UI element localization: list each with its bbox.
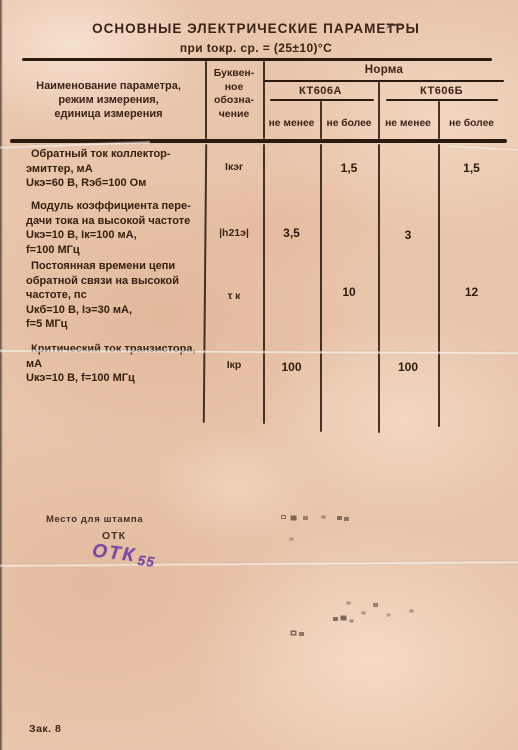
param-line: Модуль коэффициента пере- <box>26 199 204 214</box>
param-line: Uкэ=60 В, Rэб=100 Ом <box>26 176 204 191</box>
param-line: частоте, пс <box>26 288 204 303</box>
table-vline <box>263 144 265 424</box>
scanned-datasheet-page: ОСНОВНЫЕ ЭЛЕКТРИЧЕСКИЕ ПАРАМЕТРЫ при tок… <box>0 0 518 750</box>
param-line: f=100 МГц <box>26 243 204 258</box>
page-title: ОСНОВНЫЕ ЭЛЕКТРИЧЕСКИЕ ПАРАМЕТРЫ <box>0 21 512 36</box>
row-value: 10 <box>320 285 378 299</box>
row-symbol: τ к <box>205 290 263 302</box>
table-top-rule <box>22 58 492 61</box>
column-header-kt606a: КТ606А <box>263 85 378 97</box>
norma-underline <box>264 80 504 82</box>
header-line: единица измерения <box>12 107 205 121</box>
stamp-number: 55 <box>137 552 156 570</box>
row-symbol: Iкэr <box>205 161 263 173</box>
row-value: 1,5 <box>438 161 505 175</box>
param-line: эмиттер, мА <box>26 162 204 177</box>
scan-edge-shadow <box>0 0 3 750</box>
column-header-norma: Норма <box>263 64 505 76</box>
row-value: 12 <box>438 285 505 299</box>
row-value: 100 <box>378 360 438 374</box>
table-vline <box>378 144 380 433</box>
order-number: Зак. 8 <box>29 723 61 735</box>
param-line: Uкб=10 В, Iэ=30 мА, <box>26 303 204 318</box>
kt606b-underline <box>386 99 498 101</box>
param-line: Uкэ=10 В, f=100 МГц <box>26 371 204 386</box>
row-value: 100 <box>263 360 320 374</box>
table-row-param: Критический ток транзистора, мА Uкэ=10 В… <box>26 342 204 386</box>
stamp-place-label: Место для штампа <box>46 514 143 525</box>
subheader-a-max: не более <box>320 118 378 129</box>
stamp-word: ОТК <box>91 540 137 566</box>
subheader-a-min: не менее <box>263 118 320 129</box>
column-header-symbol: Буквен- ное обозна- чение <box>205 67 263 121</box>
row-symbol: Iкр <box>205 359 263 371</box>
param-line: Uкэ=10 В, Iк=100 мА, <box>26 228 204 243</box>
paper-crease <box>448 144 518 152</box>
ink-speckles <box>292 632 295 634</box>
row-value: 3 <box>378 228 438 242</box>
param-line: Постоянная времени цепи <box>26 259 204 274</box>
param-line: Критический ток транзистора, <box>26 342 204 357</box>
param-line: Обратный ток коллектор- <box>26 147 204 162</box>
row-value: 3,5 <box>263 226 320 240</box>
table-row-param: Модуль коэффициента пере- дачи тока на в… <box>26 199 204 257</box>
table-header-bottom-rule <box>10 139 507 143</box>
subheader-b-min: не менее <box>378 118 438 129</box>
header-line: обозна- <box>205 94 263 108</box>
header-line: чение <box>205 108 263 122</box>
header-line: Наименование параметра, <box>12 79 205 93</box>
param-line: дачи тока на высокой частоте <box>26 214 204 229</box>
otk-ink-stamp: ОТК55 <box>91 540 155 569</box>
subheader-b-max: не более <box>438 118 505 129</box>
header-line: Буквен- <box>205 67 263 81</box>
table-row-param: Обратный ток коллектор- эмиттер, мА Uкэ=… <box>26 147 204 191</box>
table-row-param: Постоянная времени цепи обратной связи н… <box>26 259 204 332</box>
param-line: мА <box>26 357 204 372</box>
param-line: f=5 МГц <box>26 317 204 332</box>
otk-label: ОТК <box>102 530 126 542</box>
kt606a-underline <box>270 99 374 101</box>
header-line: режим измерения, <box>12 93 205 107</box>
page-subtitle: при tокр. ср. = (25±10)°С <box>0 41 512 55</box>
row-value: 1,5 <box>320 161 378 175</box>
param-line: обратной связи на высокой <box>26 274 204 289</box>
column-header-kt606b: КТ606Б <box>378 85 505 97</box>
row-symbol: |h21э| <box>205 227 263 239</box>
ink-speckles <box>282 516 285 518</box>
header-line: ное <box>205 81 263 95</box>
column-header-parameter: Наименование параметра, режим измерения,… <box>12 79 205 121</box>
paper-crease <box>0 560 518 568</box>
